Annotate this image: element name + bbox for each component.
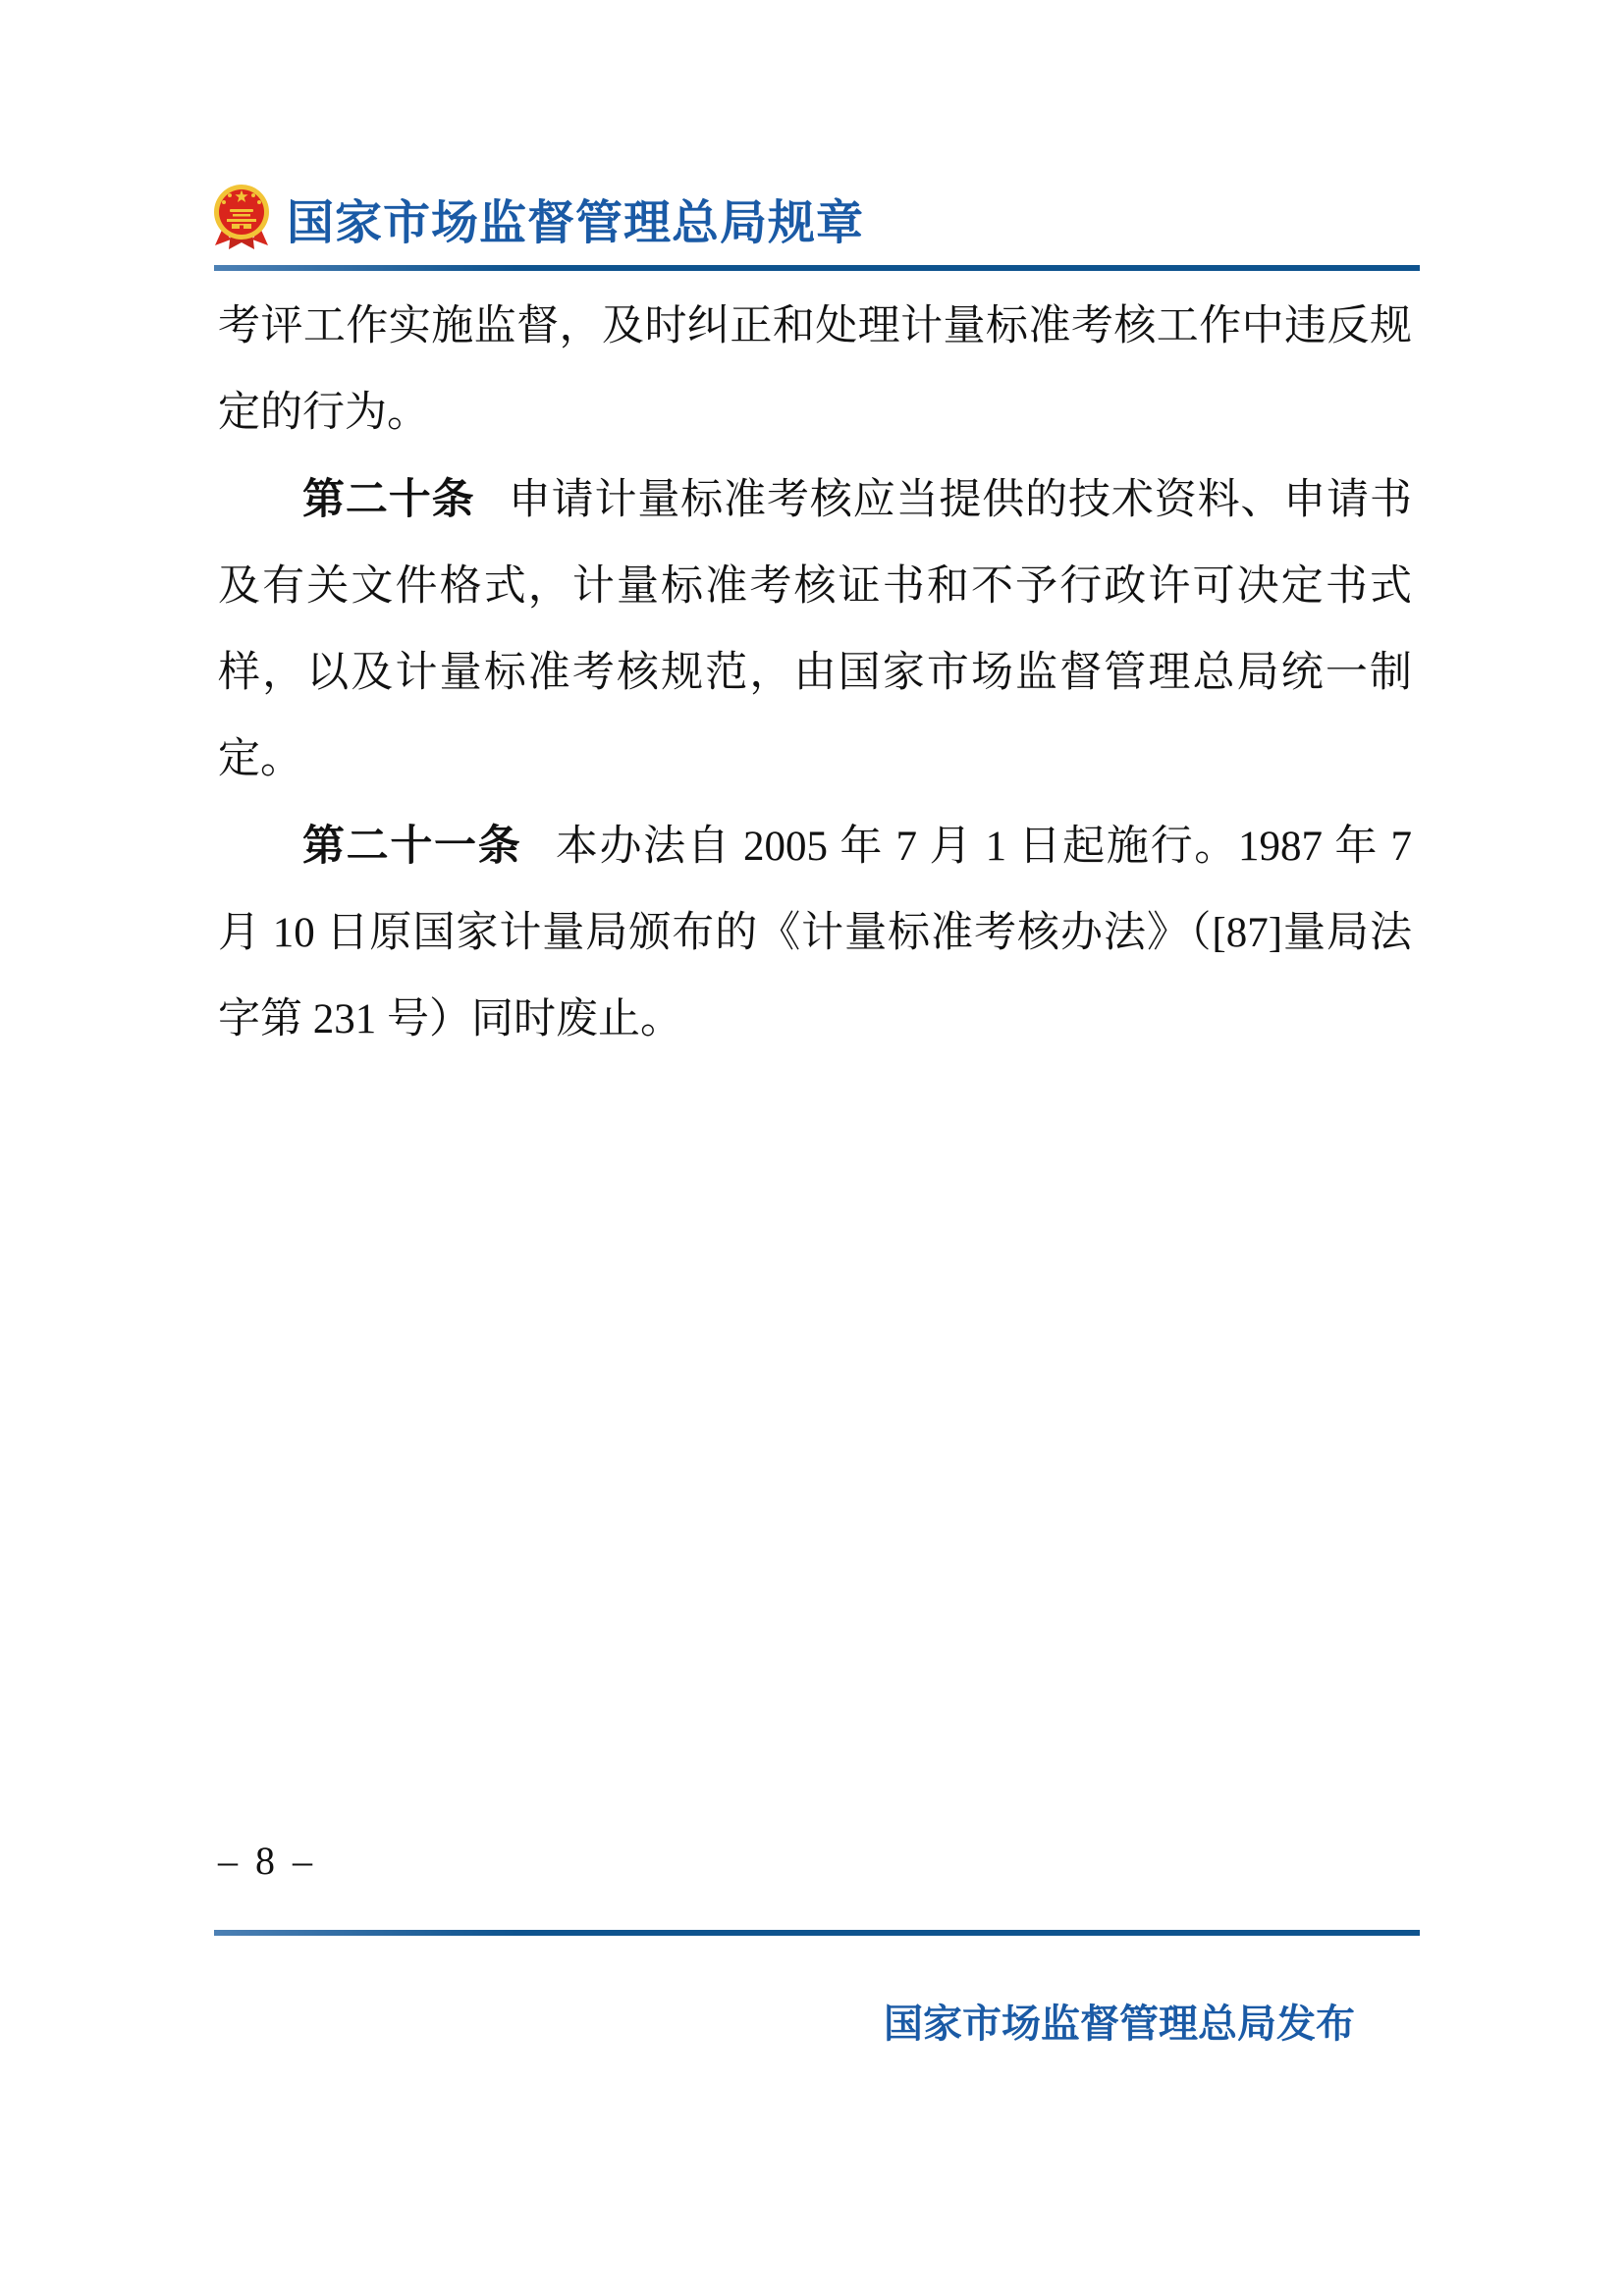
article-term: 第二十条	[302, 476, 474, 523]
footer-rule	[214, 1930, 1420, 1936]
paragraph-article-20: 第二十条申请计量标准考核应当提供的技术资料、申请书及有关文件格式，计量标准考核证…	[218, 456, 1412, 803]
paragraph-text: 考评工作实施监督，及时纠正和处理计量标准考核工作中违反规定的行为。	[218, 303, 1412, 436]
national-emblem-icon	[210, 183, 273, 253]
document-page: 国家市场监督管理总局规章 考评工作实施监督，及时纠正和处理计量标准考核工作中违反…	[0, 0, 1624, 2296]
page-number: – 8 –	[218, 1838, 316, 1884]
paragraph-article-21: 第二十一条本办法自 2005 年 7 月 1 日起施行。1987 年 7 月 1…	[218, 803, 1412, 1063]
header-rule	[214, 265, 1420, 271]
publisher-credit: 国家市场监督管理总局发布	[884, 1993, 1355, 2049]
header-title: 国家市场监督管理总局规章	[287, 185, 864, 252]
document-body: 考评工作实施监督，及时纠正和处理计量标准考核工作中违反规定的行为。 第二十条申请…	[218, 283, 1412, 1063]
paragraph: 考评工作实施监督，及时纠正和处理计量标准考核工作中违反规定的行为。	[218, 283, 1412, 456]
article-term: 第二十一条	[302, 823, 521, 870]
header-brand: 国家市场监督管理总局规章	[210, 183, 864, 253]
